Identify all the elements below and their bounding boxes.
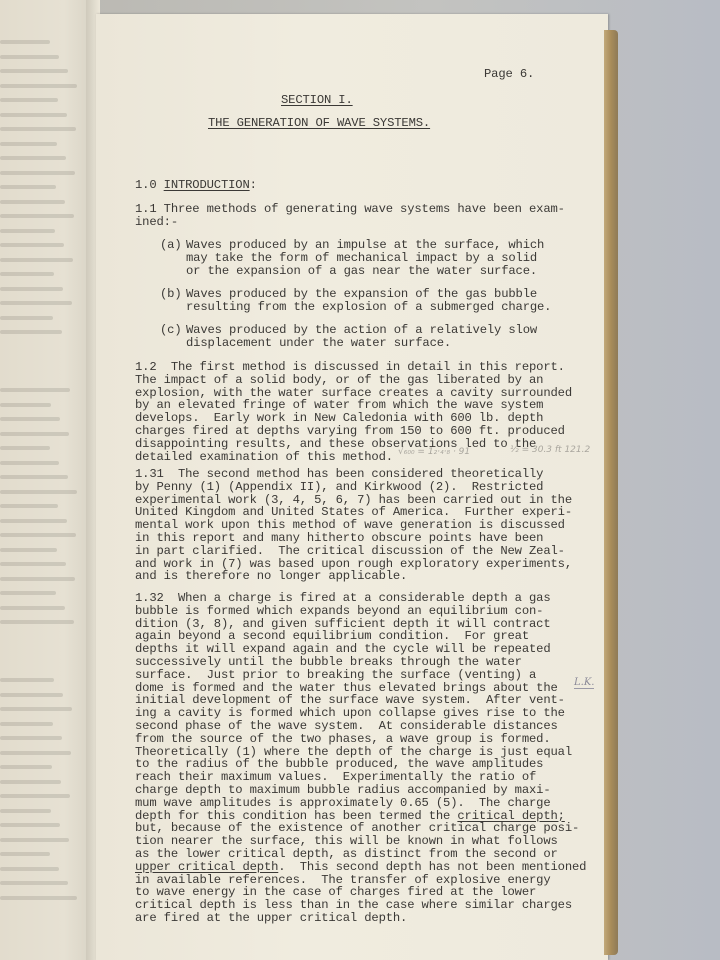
facing-page-text-ghost [0, 55, 59, 59]
facing-page-text-ghost [0, 461, 59, 465]
list-item-line: displacement under the water surface. [186, 337, 451, 350]
facing-page-text-ghost [0, 693, 63, 697]
facing-page-text-ghost [0, 417, 60, 421]
text-line: are fired at the upper critical depth. [135, 912, 407, 925]
pencil-note-2: ½ = 30.3 ft 121.2 [510, 445, 590, 455]
facing-page-text-ghost [0, 475, 68, 479]
facing-page-text-ghost [0, 272, 54, 276]
facing-page-text-ghost [0, 823, 60, 827]
intro-heading-text: INTRODUCTION [164, 178, 250, 192]
list-item-line: or the expansion of a gas near the water… [186, 265, 537, 278]
facing-page-text-ghost [0, 388, 70, 392]
text-line: 1.1 Three methods of generating wave sys… [135, 203, 565, 216]
facing-page-text-ghost [0, 446, 50, 450]
list-item-label: (c) [160, 324, 182, 337]
facing-page-text-ghost [0, 84, 77, 88]
facing-page-text-ghost [0, 243, 64, 247]
margin-initials: L.K. [574, 677, 594, 689]
list-item-line: Waves produced by an impulse at the surf… [186, 239, 544, 252]
text-line: The impact of a solid body, or of the ga… [135, 374, 543, 387]
text-line: surface. Just prior to breaking the surf… [135, 669, 536, 682]
text-line: 1.32 When a charge is fired at a conside… [135, 592, 551, 605]
facing-page-text-ghost [0, 606, 65, 610]
facing-page [0, 0, 92, 960]
facing-page-text-ghost [0, 881, 68, 885]
facing-page-text-ghost [0, 316, 53, 320]
facing-page-text-ghost [0, 156, 66, 160]
facing-page-text-ghost [0, 519, 67, 523]
facing-page-text-ghost [0, 330, 62, 334]
facing-page-text-ghost [0, 620, 74, 624]
intro-heading: 1.0 INTRODUCTION: [135, 179, 257, 192]
list-item-line: Waves produced by the expansion of the g… [186, 288, 537, 301]
facing-page-text-ghost [0, 40, 50, 44]
facing-page-text-ghost [0, 200, 65, 204]
facing-page-text-ghost [0, 533, 76, 537]
facing-page-text-ghost [0, 214, 74, 218]
facing-page-text-ghost [0, 896, 77, 900]
facing-page-text-ghost [0, 113, 67, 117]
text-span: . This second depth has not been mention… [278, 860, 586, 874]
pencil-note-1: √₆₀₀ = 1₂·₄·₈ · 91 [398, 447, 470, 457]
text-line: by Penny (1) (Appendix II), and Kirkwood… [135, 481, 543, 494]
facing-page-text-ghost [0, 838, 69, 842]
facing-page-text-ghost [0, 403, 51, 407]
text-line: second phase of the wave system. At cons… [135, 720, 558, 733]
facing-page-text-ghost [0, 780, 61, 784]
text-line: upper critical depth. This second depth … [135, 861, 586, 874]
facing-page-text-ghost [0, 504, 58, 508]
facing-page-text-ghost [0, 127, 76, 131]
facing-page-text-ghost [0, 258, 73, 262]
list-item-line: may take the form of mechanical impact b… [186, 252, 537, 265]
facing-page-text-ghost [0, 548, 57, 552]
text-line: detailed examination of this method. [135, 451, 393, 464]
facing-page-text-ghost [0, 562, 66, 566]
text-line: charge depth to maximum bubble radius ac… [135, 784, 551, 797]
facing-page-text-ghost [0, 809, 51, 813]
facing-page-text-ghost [0, 171, 75, 175]
facing-page-text-ghost [0, 301, 72, 305]
text-line: 1.2 The first method is discussed in det… [135, 361, 565, 374]
text-line: bubble is formed which expands beyond an… [135, 605, 543, 618]
facing-page-text-ghost [0, 98, 58, 102]
facing-page-text-ghost [0, 577, 75, 581]
facing-page-text-ghost [0, 852, 50, 856]
page-number: Page 6. [484, 68, 534, 81]
facing-page-text-ghost [0, 707, 72, 711]
list-item-label: (a) [160, 239, 182, 252]
text-line: and is therefore no longer applicable. [135, 570, 407, 583]
facing-page-text-ghost [0, 765, 52, 769]
facing-page-text-ghost [0, 490, 77, 494]
facing-page-text-ghost [0, 722, 53, 726]
facing-page-text-ghost [0, 142, 57, 146]
section-heading: SECTION I. [281, 94, 353, 107]
facing-page-text-ghost [0, 794, 70, 798]
text-line: from the source of the two phases, a wav… [135, 733, 551, 746]
text-line: 1.31 The second method has been consider… [135, 468, 543, 481]
facing-page-text-ghost [0, 185, 56, 189]
facing-page-text-ghost [0, 287, 63, 291]
facing-page-text-ghost [0, 591, 56, 595]
facing-page-text-ghost [0, 736, 62, 740]
list-item-label: (b) [160, 288, 182, 301]
facing-page-text-ghost [0, 229, 55, 233]
text-line: in this report and many hitherto obscure… [135, 532, 543, 545]
text-line: disappointing results, and these observa… [135, 438, 536, 451]
page-stack-edge [604, 30, 618, 955]
section-title: THE GENERATION OF WAVE SYSTEMS. [208, 117, 430, 130]
list-item-line: resulting from the explosion of a submer… [186, 301, 551, 314]
intro-colon: : [250, 178, 257, 192]
intro-number: 1.0 [135, 178, 164, 192]
list-item-line: Waves produced by the action of a relati… [186, 324, 537, 337]
facing-page-text-ghost [0, 678, 54, 682]
text-line: charges fired at depths varying from 150… [135, 425, 565, 438]
upper-critical-depth-term: upper critical depth [135, 860, 278, 874]
facing-page-text-ghost [0, 432, 69, 436]
text-line: ined:- [135, 216, 178, 229]
text-line: successively until the bubble breaks thr… [135, 656, 522, 669]
facing-page-text-ghost [0, 751, 71, 755]
facing-page-text-ghost [0, 867, 59, 871]
facing-page-text-ghost [0, 69, 68, 73]
text-line: in part clarified. The critical discussi… [135, 545, 565, 558]
